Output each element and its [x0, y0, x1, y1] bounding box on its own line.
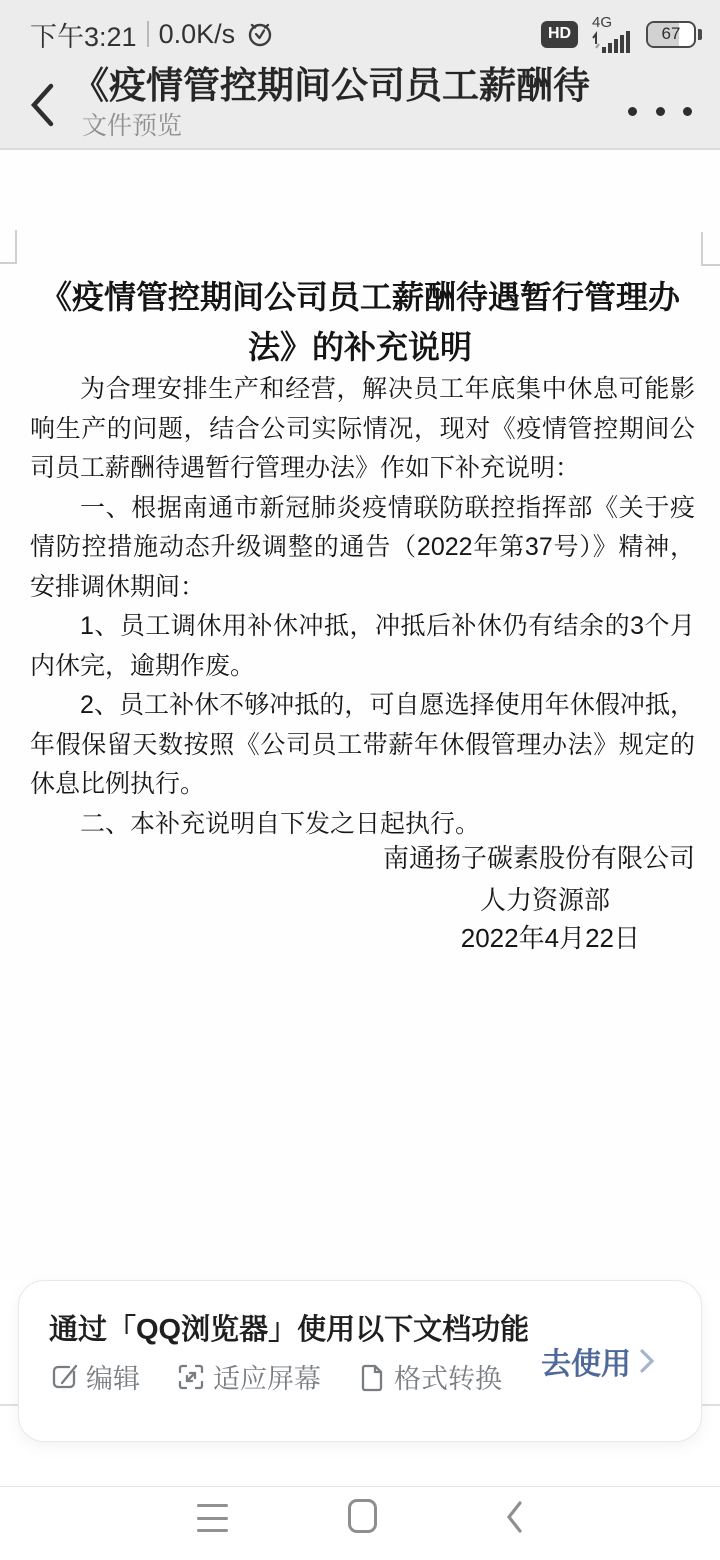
document-title-line2: 法》的补充说明 — [40, 322, 680, 372]
network-speed: 0.0K/s — [159, 19, 236, 50]
menu-line — [197, 1529, 228, 1532]
file-preview-header: 《疫情管控期间公司员工薪酬待... 文件预览 — [0, 56, 720, 150]
page-corner-mark-right — [701, 232, 720, 266]
top-bar: 下午3:21 0.0K/s HD 4G — [0, 0, 720, 150]
battery-percent: 67 — [648, 23, 694, 46]
feature-edit-label: 编辑 — [86, 1357, 140, 1396]
feature-format-convert[interactable]: 格式转换 — [357, 1357, 502, 1396]
document-title: 《疫情管控期间公司员工薪酬待遇暂行管理办 法》的补充说明 — [40, 272, 680, 372]
recents-button[interactable] — [197, 1504, 228, 1532]
qq-browser-promo-card: 通过「QQ浏览器」使用以下文档功能 编辑 — [18, 1280, 702, 1442]
more-dot-icon — [683, 107, 692, 116]
paragraph-item-2: 2、员工补休不够冲抵的，可自愿选择使用年休假冲抵，年假保留天数按照《公司员工带薪… — [30, 686, 695, 805]
network-type-label: 4G — [592, 15, 612, 30]
feature-edit[interactable]: 编辑 — [49, 1357, 140, 1396]
document-title-line1: 《疫情管控期间公司员工薪酬待遇暂行管理办 — [40, 272, 680, 322]
feature-format-convert-label: 格式转换 — [394, 1357, 502, 1396]
header-titles: 《疫情管控期间公司员工薪酬待... 文件预览 — [72, 64, 592, 140]
menu-line — [197, 1504, 228, 1507]
promo-features: 编辑 适应屏幕 格式转换 — [49, 1357, 502, 1396]
hd-volte-icon: HD — [541, 21, 578, 48]
feature-fit-screen[interactable]: 适应屏幕 — [176, 1357, 321, 1396]
clock-time: 下午3:21 — [30, 15, 137, 54]
back-chevron-icon — [29, 82, 55, 128]
go-use-button[interactable]: 去使用 — [541, 1339, 655, 1383]
paragraph-intro: 为合理安排生产和经营，解决员工年底集中休息可能影响生产的问题，结合公司实际情况，… — [30, 370, 695, 489]
edit-icon — [49, 1362, 79, 1392]
battery-nub — [698, 29, 702, 40]
status-left: 下午3:21 0.0K/s — [30, 15, 275, 54]
nav-back-button[interactable] — [505, 1500, 523, 1539]
signature-company: 南通扬子碳素股份有限公司 — [383, 838, 695, 875]
promo-title: 通过「QQ浏览器」使用以下文档功能 — [49, 1307, 529, 1348]
paragraph-section-1: 一、根据南通市新冠肺炎疫情联防联控指挥部《关于疫情防控措施动态升级调整的通告（2… — [30, 489, 695, 608]
signature-date: 2022年4月22日 — [461, 918, 640, 955]
more-dot-icon — [628, 107, 637, 116]
paragraph-item-1: 1、员工调休用补休冲抵，冲抵后补休仍有结余的3个月内休完，逾期作废。 — [30, 607, 695, 686]
document-body: 为合理安排生产和经营，解决员工年底集中休息可能影响生产的问题，结合公司实际情况，… — [30, 370, 695, 844]
file-title: 《疫情管控期间公司员工薪酬待... — [72, 64, 592, 108]
phone-screen: 下午3:21 0.0K/s HD 4G — [0, 0, 720, 1560]
more-dot-icon — [656, 107, 665, 116]
signature-department: 人力资源部 — [480, 880, 610, 917]
home-button[interactable] — [348, 1499, 377, 1533]
alarm-icon — [245, 19, 275, 49]
go-use-label: 去使用 — [541, 1339, 631, 1383]
more-menu-button[interactable] — [628, 96, 692, 126]
battery-icon: 67 — [646, 21, 696, 48]
format-convert-icon — [357, 1362, 387, 1392]
page-corner-mark-left — [0, 230, 17, 264]
status-bar: 下午3:21 0.0K/s HD 4G — [0, 12, 720, 56]
android-nav-bar — [0, 1486, 720, 1560]
menu-line — [197, 1517, 228, 1520]
chevron-right-icon — [639, 1348, 655, 1374]
nav-back-chevron-icon — [505, 1500, 523, 1534]
feature-fit-screen-label: 适应屏幕 — [213, 1357, 321, 1396]
document-page: 《疫情管控期间公司员工薪酬待遇暂行管理办 法》的补充说明 为合理安排生产和经营，… — [0, 152, 720, 1280]
signal-icon: 4G — [590, 15, 634, 54]
file-preview-label: 文件预览 — [82, 112, 592, 140]
status-right: HD 4G 67 — [541, 15, 702, 54]
back-button[interactable] — [22, 80, 62, 130]
fit-screen-icon — [176, 1362, 206, 1392]
status-divider — [147, 21, 149, 47]
